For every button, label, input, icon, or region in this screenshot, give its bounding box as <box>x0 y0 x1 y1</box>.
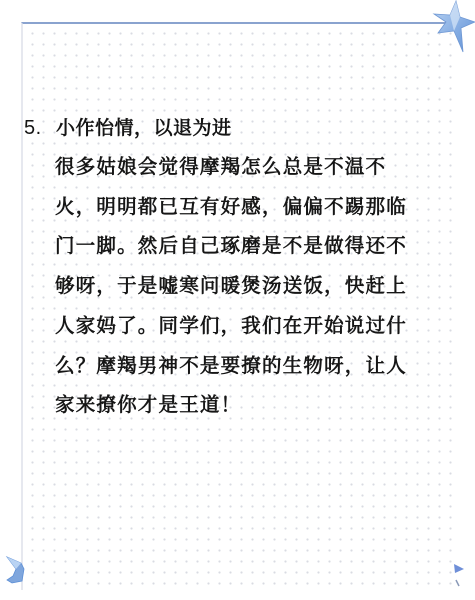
paragraph-line: 家来撩你才是王道！ <box>55 385 435 425</box>
paragraph-line: 么？摩羯男神不是要撩的生物呀，让人 <box>55 346 435 386</box>
paragraph-line: 很多姑娘会觉得摩羯怎么总是不温不 <box>55 147 435 187</box>
section-title: 小作怡情，以退为进 <box>56 117 232 139</box>
paragraph-line: 人家妈了。同学们，我们在开始说过什 <box>55 306 435 346</box>
star-icon-bottom-left <box>4 555 26 585</box>
section-heading: 5.小作怡情，以退为进 <box>24 113 232 140</box>
body-paragraph: 很多姑娘会觉得摩羯怎么总是不温不 火，明明都已互有好感，偏偏不踢那临 门一脚。然… <box>55 147 435 425</box>
star-icon-bottom-right <box>452 560 468 590</box>
paragraph-line: 火，明明都已互有好感，偏偏不踢那临 <box>55 187 435 227</box>
star-icon-top-right <box>416 0 475 58</box>
section-number: 5. <box>24 117 56 140</box>
paragraph-line: 门一脚。然后自己琢磨是不是做得还不 <box>55 226 435 266</box>
paragraph-line: 够呀，于是嘘寒问暖煲汤送饭，快赶上 <box>55 266 435 306</box>
